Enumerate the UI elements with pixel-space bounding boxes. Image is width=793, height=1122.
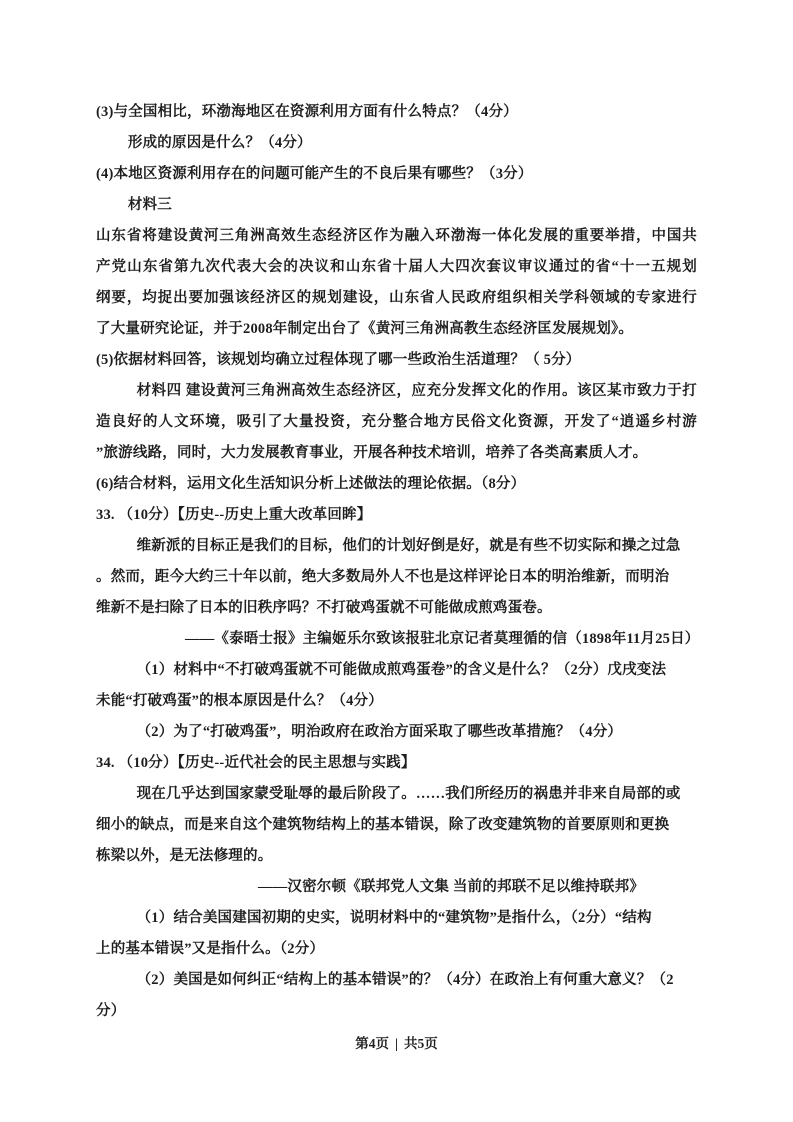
line-q33-sub2: （2）为了“打破鸡蛋”，明治政府在政治方面采取了哪些改革措施？（4分） [96, 717, 697, 748]
line-question-6: (6)结合材料，运用文化生活知识分析上述做法的理论依据。（8分） [96, 469, 697, 500]
para-material4-line-2: 造良好的人文环境，吸引了大量投资，充分整合地方民俗文化资源，开发了“逍遥乡村游 [96, 407, 697, 438]
line-question-3: (3)与全国相比，环渤海地区在资源利用方面有什么特点？（4分） [96, 97, 697, 128]
para-material3-line-3: 纲要，均捉出要加强该经济区的规划建设，山东省人民政府组织相关学科领域的专家进行 [96, 283, 697, 314]
heading-question-34: 34. （10分）【历史--近代社会的民主思想与实践】 [96, 748, 697, 779]
page-footer: 第4页|共5页 [0, 1032, 793, 1052]
line-question-3-cont: 形成的原因是什么？（4分） [96, 128, 697, 159]
para-material3-line-1: 山东省将建设黄河三角洲高效生态经济区作为融入环渤海一体化发展的重要举措，中国共 [96, 221, 697, 252]
para-material4-line-3: ”旅游线路，同时，大力发展教育事业，开展各种技术培训，培养了各类高素质人才。 [96, 438, 697, 469]
attribution-q33: ——《泰晤士报》主编姬乐尔致该报驻北京记者莫理循的信（1898年11月25日） [96, 624, 697, 655]
footer-separator: | [392, 1036, 401, 1051]
line-q33-sub1-a: （1）材料中“不打破鸡蛋就不可能做成煎鸡蛋卷”的含义是什么？（2分）戊戌变法 [96, 655, 697, 686]
footer-page-total: 共5页 [401, 1036, 441, 1051]
line-question-5: (5)依据材料回答，该规划均确立过程体现了哪一些政治生活道理？（ 5分） [96, 345, 697, 376]
attribution-q34: ——汉密尔顿《联邦党人文集 当前的邦联不足以维持联邦》 [96, 872, 697, 903]
para-q34-line-2: 细小的缺点，而是来自这个建筑物结构上的基本错误，除了改变建筑物的首要原则和更换 [96, 810, 697, 841]
line-q34-sub1-a: （1）结合美国建国初期的史实，说明材料中的“建筑物”是指什么，（2分）“结构 [96, 903, 697, 934]
para-q33-line-3: 维新不是扫除了日本的旧秩序吗？不打破鸡蛋就不可能做成煎鸡蛋卷。 [96, 593, 697, 624]
exam-paper-page: (3)与全国相比，环渤海地区在资源利用方面有什么特点？（4分） 形成的原因是什么… [0, 0, 793, 1122]
heading-question-33: 33. （10分）【历史--历史上重大改革回眸】 [96, 500, 697, 531]
heading-material-3: 材料三 [96, 190, 697, 221]
line-q33-sub1-b: 未能“打破鸡蛋”的根本原因是什么？（4分） [96, 686, 697, 717]
para-material3-line-4: 了大量研究论证，并于2008年制定出台了《黄河三角洲高教生态经济匡发展规划》。 [96, 314, 697, 345]
para-q33-line-1: 维新派的目标正是我们的目标，他们的计划好倒是好，就是有些不切实际和操之过急 [96, 531, 697, 562]
para-q34-line-3: 栋梁以外，是无法修理的。 [96, 841, 697, 872]
line-question-4: (4)本地区资源利用存在的问题可能产生的不良后果有哪些？（3分） [96, 159, 697, 190]
line-q34-sub2-a: （2）美国是如何纠正“结构上的基本错误”的？（4分）在政治上有何重大意义？（2 [96, 965, 697, 996]
page-body: (3)与全国相比，环渤海地区在资源利用方面有什么特点？（4分） 形成的原因是什么… [96, 97, 697, 1027]
para-q33-line-2: 。然而，距今大约三十年以前，绝大多数局外人不也是这样评论日本的明治维新，而明治 [96, 562, 697, 593]
footer-page-number: 第4页 [352, 1036, 392, 1051]
para-material3-line-2: 产党山东省第九次代表大会的决议和山东省十届人大四次套议审议通过的省“十一五规划 [96, 252, 697, 283]
para-material4-line-1: 材料四 建设黄河三角洲高效生态经济区，应充分发挥文化的作用。该区某市致力于打 [96, 376, 697, 407]
para-q34-line-1: 现在几乎达到国家蒙受耻辱的最后阶段了。……我们所经历的祸患并非来自局部的或 [96, 779, 697, 810]
line-q34-sub1-b: 上的基本错误”又是指什么。（2分） [96, 934, 697, 965]
line-q34-sub2-b: 分） [96, 996, 697, 1027]
